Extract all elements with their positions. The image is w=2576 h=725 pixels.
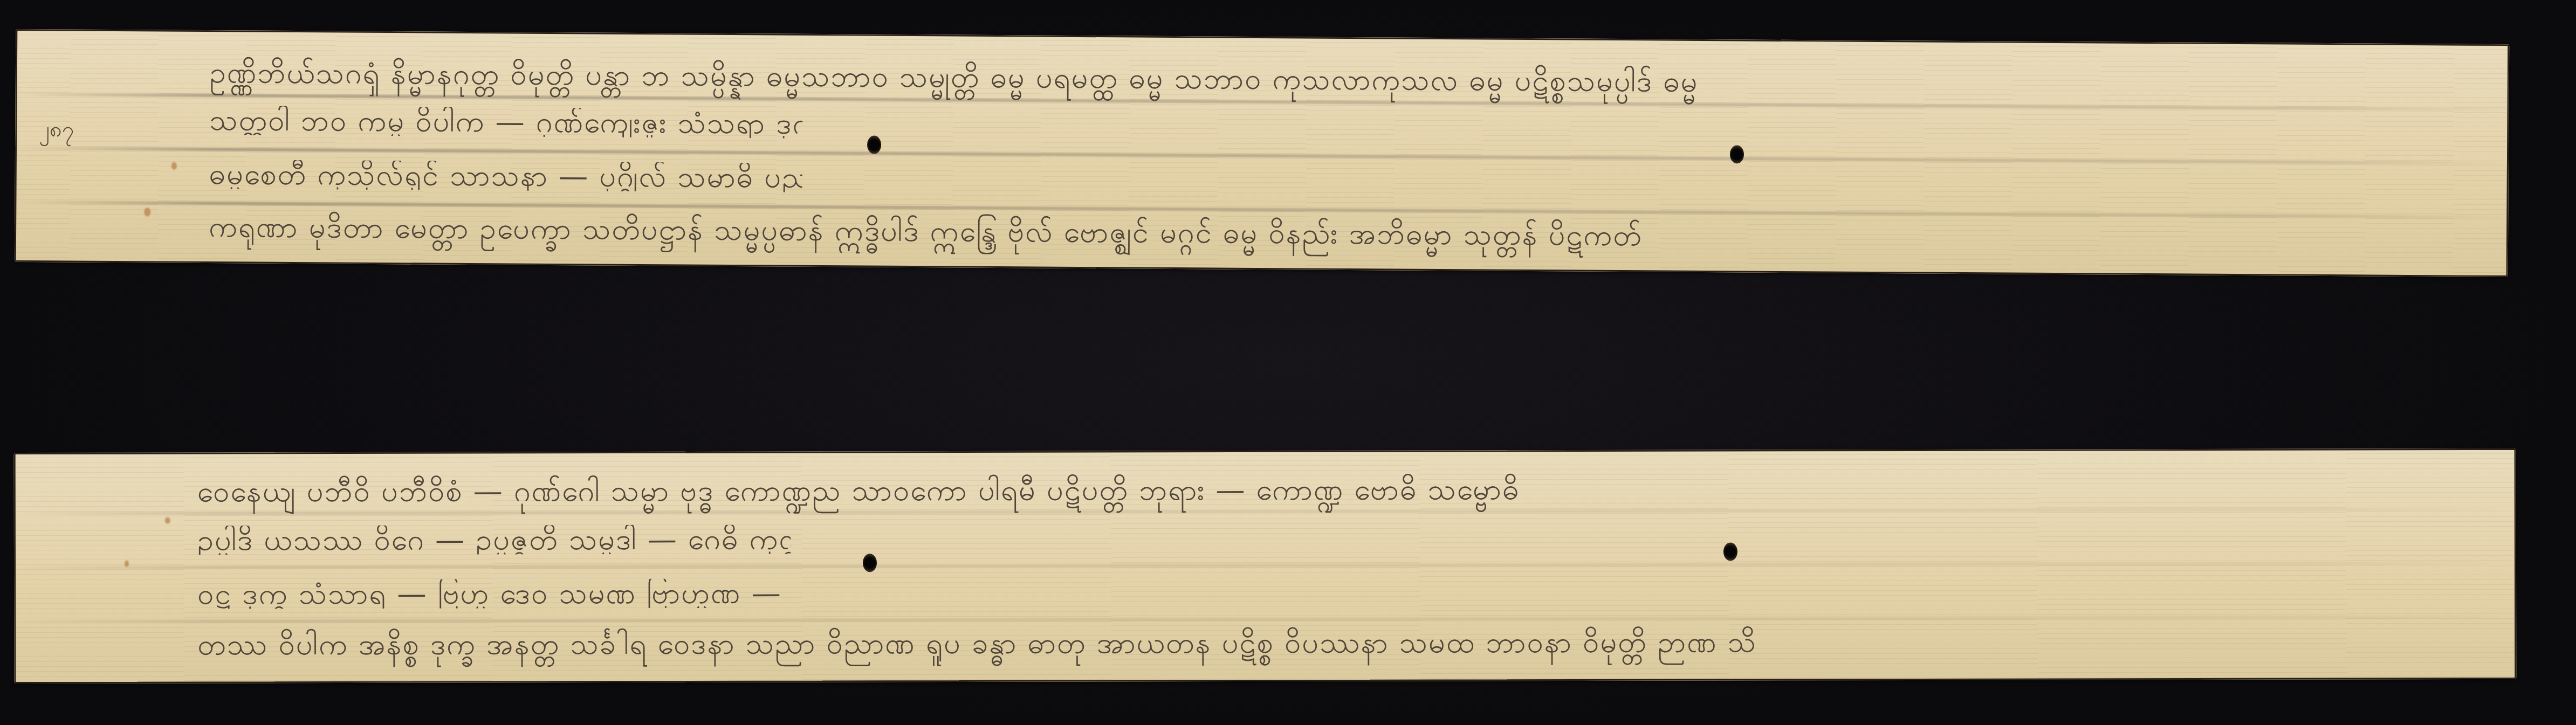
script-line-1: ဝေနေယျ ပဘီဝိ ပဘီဝိစံ — ဂုဏ်ဂေါ သမ္မာ ဗုဒ…: [197, 475, 1520, 506]
string-hole: [867, 136, 881, 154]
ruling-line: [14, 562, 2516, 569]
palm-leaf-top: ၂၈၇ ဥဏ္ဏိဘိယ်သဂၡံ နိမ္မာနဂုတ္တ ဝိမုတ္တိ …: [15, 29, 2510, 277]
string-hole: [1730, 145, 1744, 163]
string-hole: [863, 554, 877, 572]
script-line-2: သတ္တဝါ ဘဝ ကမ္မ ဝိပါက — ဂုဏ်ကျေးဇူး သံသရာ…: [209, 106, 802, 139]
stain: [171, 162, 177, 170]
script-line-3: ဓမ္မစေတီ ကုသိုလ်ရှင် သာသနာ — ပုဂ္ဂိုလ် သ…: [209, 160, 802, 192]
stain: [165, 517, 170, 524]
script-line-3: ဝဋ္ဋ ဒုက္ခ သံသာရ — ဗြဟ္မ ဒေဝ သမဏ ဗြာဟ္မဏ…: [197, 579, 791, 609]
script-line-4: တဿ ဝိပါက အနိစ္စ ဒုက္ခ အနတ္တ သင်္ခါရ ဝေဒန…: [197, 627, 1757, 659]
stain: [144, 208, 150, 216]
palm-leaf-bottom: ဝေနေယျ ပဘီဝိ ပဘီဝိစံ — ဂုဏ်ဂေါ သမ္မာ ဗုဒ…: [14, 448, 2517, 683]
ruling-line: [14, 508, 2516, 515]
script-line-4: ကရုဏာ မုဒိတာ မေတ္တာ ဥပေက္ခာ သတိပဋ္ဌာန် သ…: [209, 212, 1643, 250]
script-line-2: ဥပ္ပါဒိ ယသဿ ဝိဂေ — ဥပ္ပဇ္ဇတိ သမ္ပဒါ — ဂေ…: [197, 525, 791, 555]
ruling-line: [14, 616, 2516, 623]
folio-number: ၂၈၇: [39, 115, 74, 147]
script-line-1: ဥဏ္ဏိဘိယ်သဂၡံ နိမ္မာနဂုတ္တ ဝိမုတ္တိ ပန္တ…: [210, 58, 1699, 96]
string-hole: [1723, 542, 1737, 561]
stain: [125, 561, 129, 567]
